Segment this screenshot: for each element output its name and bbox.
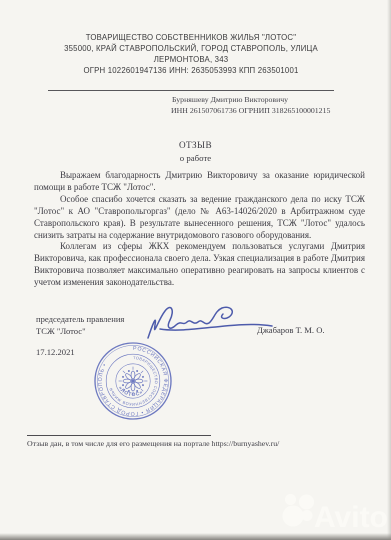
signer-role: председатель правления ТСЖ "Лотос"	[36, 313, 124, 337]
paragraph-gratitude: Выражаем благодарность Дмитрию Викторови…	[34, 170, 365, 194]
signer-organization: ТСЖ "Лотос"	[36, 325, 124, 337]
paragraph-recommendation: Коллегам из сферы ЖКХ рекомендуем пользо…	[34, 241, 365, 289]
paragraph-case: Особое спасибо хочется сказать за ведени…	[34, 194, 365, 242]
signer-position: председатель правления	[36, 313, 124, 325]
handwritten-signature	[140, 298, 275, 343]
letterhead: ТОВАРИЩЕСТВО СОБСТВЕННИКОВ ЖИЛЬЯ "ЛОТОС"…	[30, 32, 352, 76]
org-address-line2: ЛЕРМОНТОВА, 343	[30, 54, 352, 65]
footer-note: Отзыв дан, в том числе для его размещени…	[27, 439, 279, 448]
document-date: 17.12.2021	[36, 347, 75, 357]
org-stamp: РОССИЙСКАЯ ФЕДЕРАЦИЯ • ГОРОД СТАВРОПОЛЬ …	[93, 341, 173, 421]
avito-watermark: Avito	[276, 490, 391, 538]
avito-wordmark: Avito	[314, 501, 388, 534]
signer-name: Джабаров Т. М. О.	[257, 325, 325, 335]
photo-bottom-edge	[0, 533, 391, 540]
avito-logo-dots-icon	[283, 494, 315, 527]
org-address-line1: 355000, КРАЙ СТАВРОПОЛЬСКИЙ, ГОРОД СТАВР…	[30, 43, 352, 54]
document-subtitle: о работе	[0, 153, 391, 163]
header-divider	[48, 90, 334, 91]
addressee-block: Бурняшеву Дмитрию Викторовичу ИНН 261507…	[171, 95, 330, 116]
scanned-document: ТОВАРИЩЕСТВО СОБСТВЕННИКОВ ЖИЛЬЯ "ЛОТОС"…	[0, 0, 391, 540]
addressee-name: Бурняшеву Дмитрию Викторовичу	[171, 95, 330, 106]
addressee-registration: ИНН 261507061736 ОГРНИП 318265100001215	[171, 106, 330, 117]
footer-divider	[27, 435, 211, 436]
stamp-center-ornament	[119, 367, 148, 396]
photo-right-edge	[387, 0, 391, 540]
org-registration: ОГРН 1022601947136 ИНН: 2635053993 КПП 2…	[30, 65, 352, 76]
document-title: ОТЗЫВ	[0, 140, 391, 150]
org-name: ТОВАРИЩЕСТВО СОБСТВЕННИКОВ ЖИЛЬЯ "ЛОТОС"	[30, 32, 352, 43]
document-body: Выражаем благодарность Дмитрию Викторови…	[34, 170, 365, 289]
